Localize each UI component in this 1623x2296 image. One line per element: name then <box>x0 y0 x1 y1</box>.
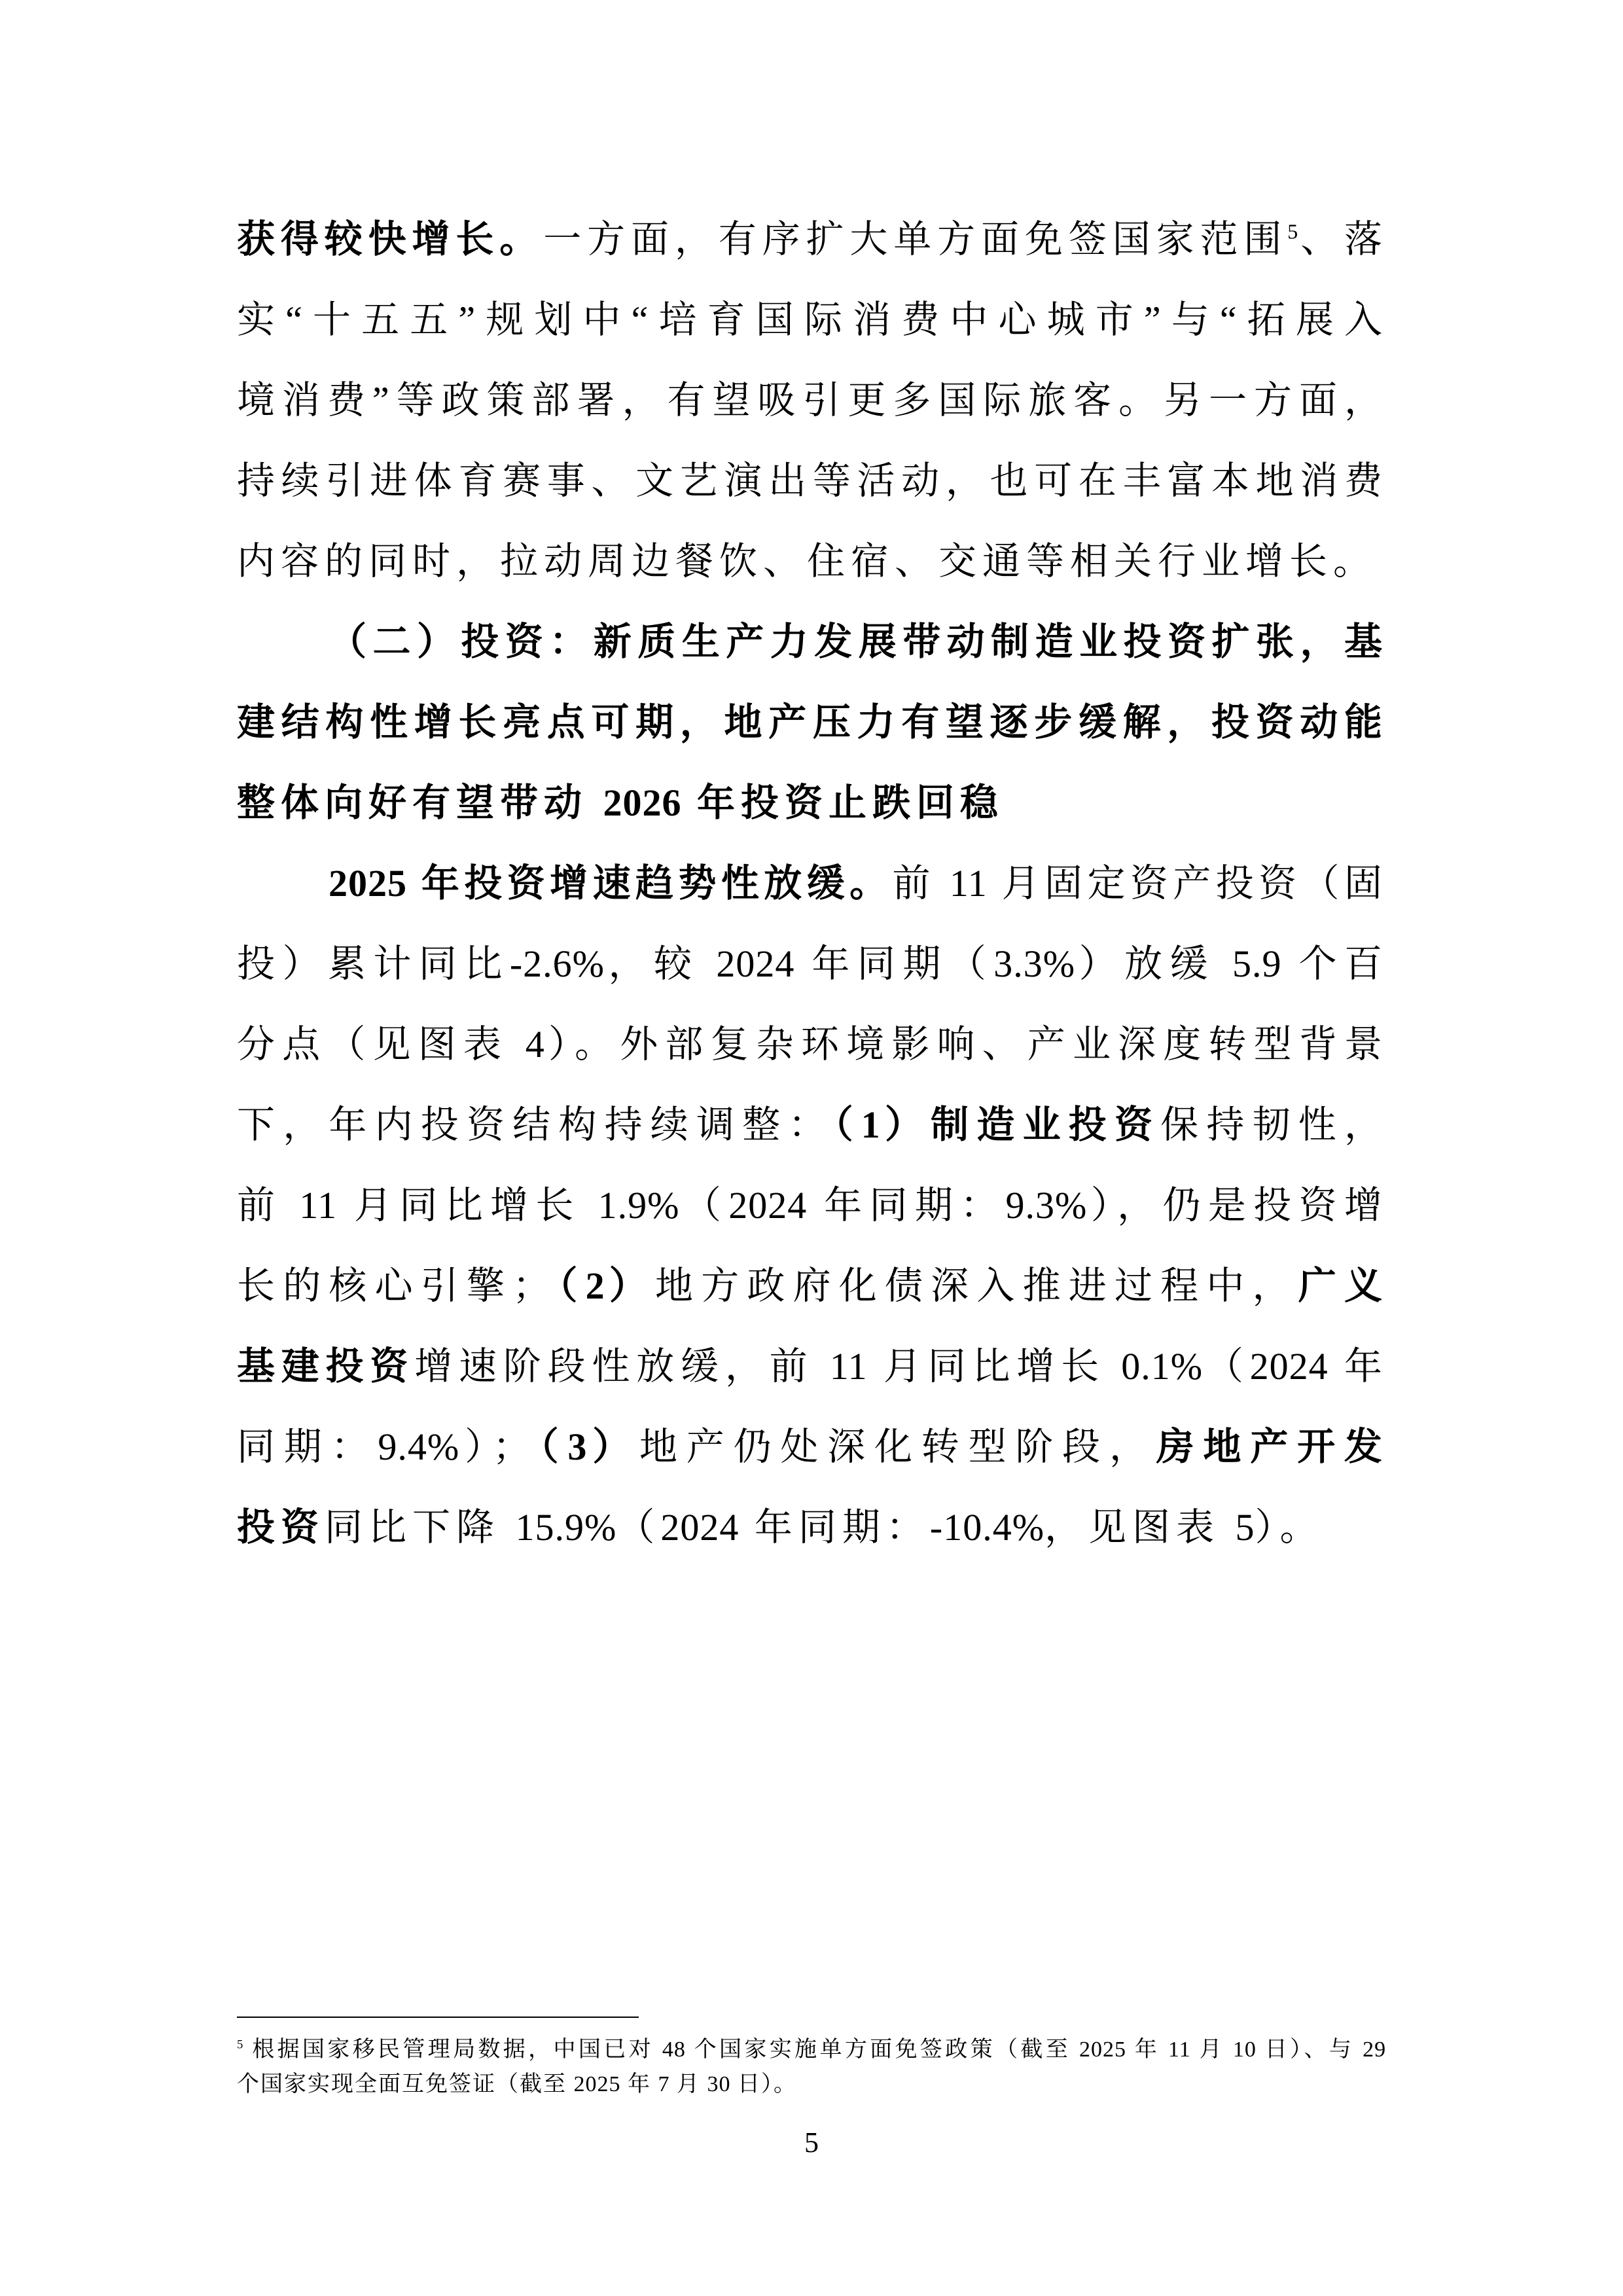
cjk-run: 年 <box>1126 2037 1168 2062</box>
latin-run: 3.3% <box>993 942 1075 985</box>
latin-run: 11 <box>950 862 988 905</box>
latin-run: 0.1% <box>1121 1345 1203 1388</box>
bold-run: 基建投资 <box>237 1345 414 1388</box>
text-line: 建结构性增长亮点可期，地产压力有望逐步缓解，投资动能 <box>237 682 1386 762</box>
latin-run: 9.4% <box>378 1426 459 1468</box>
latin-run: 5 <box>1287 221 1298 243</box>
latin-run: 5 <box>1236 1506 1255 1549</box>
cjk-run: 房地产开发 <box>1156 1426 1386 1468</box>
text-run: 前 11 月固定资产投资（固 <box>893 862 1386 905</box>
cjk-run: 建结构性增长亮点可期，地产压力有望逐步缓解，投资动能 <box>237 701 1386 744</box>
text-run: 投）累计同比-2.6%，较 2024 年同期（3.3%）放缓 5.9 个百 <box>237 942 1386 985</box>
cjk-run: 投）累计同比 <box>237 942 510 985</box>
text-line: （二）投资：新质生产力发展带动制造业投资扩张，基 <box>237 601 1386 682</box>
text-line: 长的核心引擎；（2）地方政府化债深入推进过程中，广义 <box>237 1246 1386 1326</box>
cjk-run: 增速阶段性放缓，前 <box>414 1345 830 1388</box>
latin-run: 2025 <box>1079 2037 1126 2062</box>
text-run: 长的核心引擎； <box>237 1265 554 1307</box>
text-run: 地方政府化债深入推进过程中， <box>655 1265 1298 1307</box>
latin-run: 1 <box>861 1103 881 1146</box>
cjk-run: ）。 <box>1255 1506 1324 1549</box>
footnote-text: 5 根据国家移民管理局数据，中国已对 48 个国家实施单方面免签政策（截至 20… <box>237 2032 1386 2102</box>
latin-run: 2025 <box>329 862 407 905</box>
cjk-run: （ <box>616 1506 660 1549</box>
latin-run: 2024 <box>660 1506 739 1549</box>
cjk-run: 投资 <box>237 1506 325 1549</box>
text-run: 个国家实现全面互免签证（截至 2025 年 7 月 30 日）。 <box>237 2072 797 2096</box>
bold-run: （1）制造业投资 <box>834 1103 1161 1146</box>
footnote-line: 5 根据国家移民管理局数据，中国已对 48 个国家实施单方面免签政策（截至 20… <box>237 2032 1386 2067</box>
bold-run: 房地产开发 <box>1156 1426 1386 1468</box>
cjk-run: ）放缓 <box>1075 942 1232 985</box>
cjk-run: 基建投资 <box>237 1345 414 1388</box>
cjk-run: ，见图表 <box>1044 1506 1236 1549</box>
text-line: 分点（见图表 4）。外部复杂环境影响、产业深度转型背景 <box>237 1004 1386 1085</box>
cjk-run: 月 <box>1191 2037 1233 2062</box>
latin-run: 5.9 <box>1232 942 1282 985</box>
bold-run: 2025 年投资增速趋势性放缓。 <box>329 862 893 905</box>
latin-run: 9.3% <box>1006 1184 1088 1227</box>
cjk-run: 月固定资产投资（固 <box>988 862 1386 905</box>
cjk-run: （ <box>535 1426 568 1468</box>
latin-run: 5 <box>237 2038 243 2052</box>
cjk-run: 日）。 <box>731 2072 798 2096</box>
text-run: 同比下降 15.9%（2024 年同期：-10.4%，见图表 5）。 <box>325 1506 1324 1549</box>
cjk-run: 持续引进体育赛事、文艺演出等活动，也可在丰富本地消费 <box>237 459 1386 502</box>
cjk-run: 年同期： <box>739 1506 930 1549</box>
latin-run: 2026 <box>603 781 682 824</box>
cjk-run: 同期： <box>237 1426 378 1468</box>
cjk-run: ，较 <box>605 942 716 985</box>
text-line: 同期：9.4%）；（3）地产仍处深化转型阶段，房地产开发 <box>237 1407 1386 1487</box>
cjk-run: 个国家实现全面互免签证（截至 <box>237 2072 574 2096</box>
cjk-run: 一方面，有序扩大单方面免签国家范围 <box>543 218 1287 260</box>
text-line: 前 11 月同比增长 1.9%（2024 年同期：9.3%），仍是投资增 <box>237 1165 1386 1246</box>
cjk-run: ）。外部复杂环境影响、产业深度转型背景 <box>545 1023 1386 1066</box>
latin-run: 11 <box>1168 2037 1191 2062</box>
cjk-run: 前 <box>237 1184 299 1227</box>
text-line: 内容的同时，拉动周边餐饮、住宿、交通等相关行业增长。 <box>237 521 1386 601</box>
bold-run: （2） <box>554 1265 655 1307</box>
cjk-run: 下，年内投资结构持续调整： <box>237 1103 834 1146</box>
text-line: 投）累计同比-2.6%，较 2024 年同期（3.3%）放缓 5.9 个百 <box>237 924 1386 1004</box>
cjk-run: 整体向好有望带动 <box>237 781 603 824</box>
latin-run: 10 <box>1233 2037 1257 2062</box>
cjk-run: ） <box>587 1426 639 1468</box>
cjk-run: 前 <box>893 862 950 905</box>
text-line: 实“十五五”规划中“培育国际消费中心城市”与“拓展入 <box>237 279 1386 360</box>
latin-run: 4 <box>526 1023 545 1066</box>
cjk-run: 月同比增长 <box>337 1184 598 1227</box>
latin-run: 11 <box>299 1184 337 1227</box>
text-run: 地产仍处深化转型阶段， <box>639 1426 1156 1468</box>
latin-run: 48 <box>662 2037 686 2062</box>
latin-run: 30 <box>707 2072 731 2096</box>
latin-run: -2.6% <box>510 942 605 985</box>
cjk-run: 境消费”等政策部署，有望吸引更多国际旅客。另一方面， <box>237 379 1386 422</box>
text-line: 整体向好有望带动 2026 年投资止跌回稳 <box>237 762 1386 843</box>
text-run: 下，年内投资结构持续调整： <box>237 1103 834 1146</box>
text-line: 持续引进体育赛事、文艺演出等活动，也可在丰富本地消费 <box>237 440 1386 521</box>
cjk-run: ），仍是投资增 <box>1087 1184 1386 1227</box>
text-run: 持续引进体育赛事、文艺演出等活动，也可在丰富本地消费 <box>237 459 1386 502</box>
cjk-run: 月 <box>670 2072 707 2096</box>
text-run: 增速阶段性放缓，前 11 月同比增长 0.1%（2024 年 <box>414 1345 1386 1388</box>
cjk-run: 年 <box>1329 1345 1386 1388</box>
bold-run: 广义 <box>1298 1265 1386 1307</box>
bold-run: （3） <box>535 1426 639 1468</box>
latin-run: -10.4% <box>930 1506 1044 1549</box>
cjk-run: 地方政府化债深入推进过程中， <box>655 1265 1298 1307</box>
cjk-run: 月同比增长 <box>868 1345 1122 1388</box>
text-line: 基建投资增速阶段性放缓，前 11 月同比增长 0.1%（2024 年 <box>237 1326 1386 1407</box>
cjk-run: 个百 <box>1282 942 1386 985</box>
bold-run: 投资 <box>237 1506 325 1549</box>
text-line: 获得较快增长。一方面，有序扩大单方面免签国家范围5、落 <box>237 199 1386 279</box>
cjk-run: 个国家实施单方面免签政策（截至 <box>686 2037 1079 2062</box>
cjk-run: ）制造业投资 <box>881 1103 1160 1146</box>
cjk-run: 内容的同时，拉动周边餐饮、住宿、交通等相关行业增长。 <box>237 540 1377 583</box>
cjk-run: （ <box>1203 1345 1250 1388</box>
bold-run: 整体向好有望带动 2026 年投资止跌回稳 <box>237 781 1004 824</box>
cjk-run: 年投资止跌回稳 <box>682 781 1005 824</box>
footnote-line: 个国家实现全面互免签证（截至 2025 年 7 月 30 日）。 <box>237 2067 1386 2102</box>
latin-run: 7 <box>658 2072 670 2096</box>
latin-run: 3 <box>567 1426 587 1468</box>
latin-run: 2025 <box>574 2072 621 2096</box>
footnote-separator <box>237 2017 639 2018</box>
cjk-run: 获得较快增长。 <box>237 218 543 260</box>
bold-run: （二）投资：新质生产力发展带动制造业投资扩张，基 <box>329 620 1386 663</box>
cjk-run: 长的核心引擎； <box>237 1265 554 1307</box>
text-line: 投资同比下降 15.9%（2024 年同期：-10.4%，见图表 5）。 <box>237 1487 1386 1568</box>
cjk-run: 、落 <box>1298 218 1386 260</box>
page-number: 5 <box>0 2126 1623 2159</box>
text-run: 内容的同时，拉动周边餐饮、住宿、交通等相关行业增长。 <box>237 540 1377 583</box>
cjk-run: 广义 <box>1298 1265 1386 1307</box>
latin-run: 29 <box>1363 2037 1386 2062</box>
cjk-run: 地产仍处深化转型阶段， <box>639 1426 1156 1468</box>
text-line: 2025 年投资增速趋势性放缓。前 11 月固定资产投资（固 <box>237 843 1386 924</box>
latin-run: 11 <box>830 1345 868 1388</box>
cjk-run: 保持韧性， <box>1160 1103 1386 1146</box>
superscript-ref: 5 <box>237 2038 243 2052</box>
cjk-run: ）； <box>459 1426 535 1468</box>
text-line: 境消费”等政策部署，有望吸引更多国际旅客。另一方面， <box>237 360 1386 440</box>
superscript-ref: 5 <box>1287 221 1298 243</box>
text-line: 下，年内投资结构持续调整：（1）制造业投资保持韧性， <box>237 1085 1386 1165</box>
cjk-run: 年同期： <box>807 1184 1005 1227</box>
cjk-run: （二）投资：新质生产力发展带动制造业投资扩张，基 <box>329 620 1386 663</box>
text-run: 境消费”等政策部署，有望吸引更多国际旅客。另一方面， <box>237 379 1386 422</box>
text-run: 一方面，有序扩大单方面免签国家范围 <box>543 218 1287 260</box>
cjk-run: （ <box>834 1103 861 1146</box>
text-run: 分点（见图表 4）。外部复杂环境影响、产业深度转型背景 <box>237 1023 1386 1066</box>
cjk-run: 年 <box>621 2072 658 2096</box>
cjk-run: 年同期（ <box>794 942 993 985</box>
latin-run: 2024 <box>716 942 794 985</box>
text-run: 实“十五五”规划中“培育国际消费中心城市”与“拓展入 <box>237 298 1386 341</box>
cjk-run: （ <box>554 1265 585 1307</box>
text-run: 、落 <box>1298 218 1386 260</box>
bold-run: 获得较快增长。 <box>237 218 543 260</box>
latin-run: 2024 <box>728 1184 807 1227</box>
document-page: 获得较快增长。一方面，有序扩大单方面免签国家范围5、落实“十五五”规划中“培育国… <box>0 0 1623 2296</box>
text-run: 同期：9.4%）； <box>237 1426 535 1468</box>
cjk-run: 实“十五五”规划中“培育国际消费中心城市”与“拓展入 <box>237 298 1386 341</box>
cjk-run: （ <box>679 1184 728 1227</box>
cjk-run: 年投资增速趋势性放缓。 <box>407 862 893 905</box>
document-body: 获得较快增长。一方面，有序扩大单方面免签国家范围5、落实“十五五”规划中“培育国… <box>237 199 1386 1568</box>
latin-run: 2024 <box>1250 1345 1329 1388</box>
footnote-area: 5 根据国家移民管理局数据，中国已对 48 个国家实施单方面免签政策（截至 20… <box>237 2017 1386 2102</box>
text-run: 前 11 月同比增长 1.9%（2024 年同期：9.3%），仍是投资增 <box>237 1184 1386 1227</box>
cjk-run: 同比下降 <box>325 1506 516 1549</box>
latin-run: 1.9% <box>598 1184 680 1227</box>
latin-run: 15.9% <box>516 1506 617 1549</box>
bold-run: 建结构性增长亮点可期，地产压力有望逐步缓解，投资动能 <box>237 701 1386 744</box>
cjk-run: 根据国家移民管理局数据，中国已对 <box>243 2037 662 2062</box>
latin-run: 2 <box>586 1265 605 1307</box>
text-run: 保持韧性， <box>1160 1103 1386 1146</box>
text-run: 根据国家移民管理局数据，中国已对 48 个国家实施单方面免签政策（截至 2025… <box>243 2037 1386 2062</box>
cjk-run: 分点（见图表 <box>237 1023 526 1066</box>
cjk-run: 日）、与 <box>1257 2037 1363 2062</box>
cjk-run: ） <box>605 1265 655 1307</box>
